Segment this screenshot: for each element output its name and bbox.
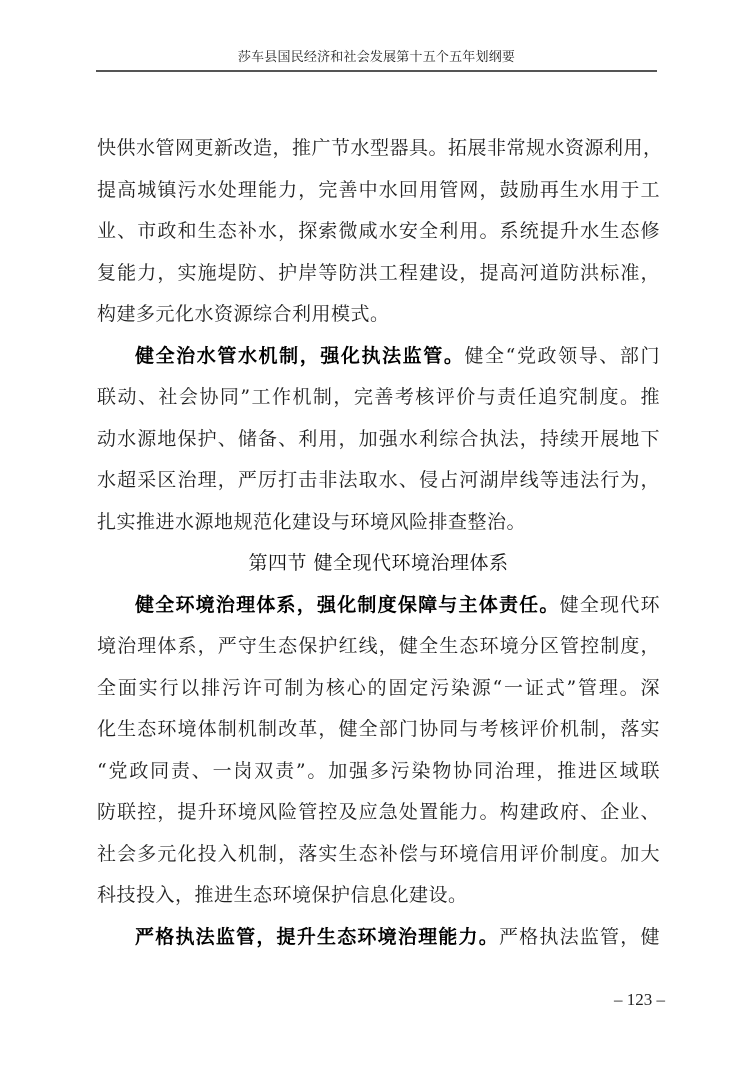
running-header: 莎车县国民经济和社会发展第十五个五年划纲要: [96, 46, 657, 65]
text-line: 提高城镇污水处理能力，完善中水回用管网，鼓励再生水用于工: [97, 170, 660, 212]
text-line: 化生态环境体制机制改革，健全部门协同与考核评价机制，落实: [97, 709, 660, 751]
text-run: 健全“党政领导、部门: [464, 345, 660, 367]
paragraph-first-line: 健全治水管水机制，强化执法监管。健全“党政领导、部门: [97, 336, 660, 378]
paragraph-first-line: 严格执法监管，提升生态环境治理能力。严格执法监管，健: [97, 917, 660, 959]
text-line: 动水源地保护、储备、利用，加强水利综合执法，持续开展地下: [97, 419, 660, 461]
text-line: 防联控，提升环境风险管控及应急处置能力。构建政府、企业、: [97, 792, 660, 834]
text-line: 联动、社会协同”工作机制，完善考核评价与责任追究制度。推: [97, 377, 660, 419]
document-body: 快供水管网更新改造，推广节水型器具。拓展非常规水资源利用， 提高城镇污水处理能力…: [97, 128, 660, 958]
text-line: 构建多元化水资源综合利用模式。: [97, 294, 660, 336]
section-title: 第四节 健全现代环境治理体系: [97, 543, 660, 585]
text-line: 科技投入，推进生态环境保护信息化建设。: [97, 875, 660, 917]
text-line: 快供水管网更新改造，推广节水型器具。拓展非常规水资源利用，: [97, 128, 660, 170]
text-line: 水超采区治理，严厉打击非法取水、侵占河湖岸线等违法行为，: [97, 460, 660, 502]
text-line: 扎实推进水源地规范化建设与环境风险排查整治。: [97, 502, 660, 544]
bold-lead: 健全环境治理体系，强化制度保障与主体责任。: [135, 594, 560, 616]
text-run: 严格执法监管，健: [499, 926, 660, 948]
header-rule: [96, 70, 657, 72]
text-line: 社会多元化投入机制，落实生态补偿与环境信用评价制度。加大: [97, 834, 660, 876]
text-line: 复能力，实施堤防、护岸等防洪工程建设，提高河道防洪标准，: [97, 253, 660, 295]
text-line: 业、市政和生态补水，探索微咸水安全利用。系统提升水生态修: [97, 211, 660, 253]
bold-lead: 健全治水管水机制，强化执法监管。: [135, 345, 464, 367]
bold-lead: 严格执法监管，提升生态环境治理能力。: [135, 926, 499, 948]
paragraph-first-line: 健全环境治理体系，强化制度保障与主体责任。健全现代环: [97, 585, 660, 627]
page-number: – 123 –: [575, 990, 665, 1010]
text-line: 全面实行以排污许可制为核心的固定污染源“一证式”管理。深: [97, 668, 660, 710]
text-line: 境治理体系，严守生态保护红线，健全生态环境分区管控制度，: [97, 626, 660, 668]
text-run: 健全现代环: [560, 594, 660, 616]
text-line: “党政同责、一岗双责”。加强多污染物协同治理，推进区域联: [97, 751, 660, 793]
